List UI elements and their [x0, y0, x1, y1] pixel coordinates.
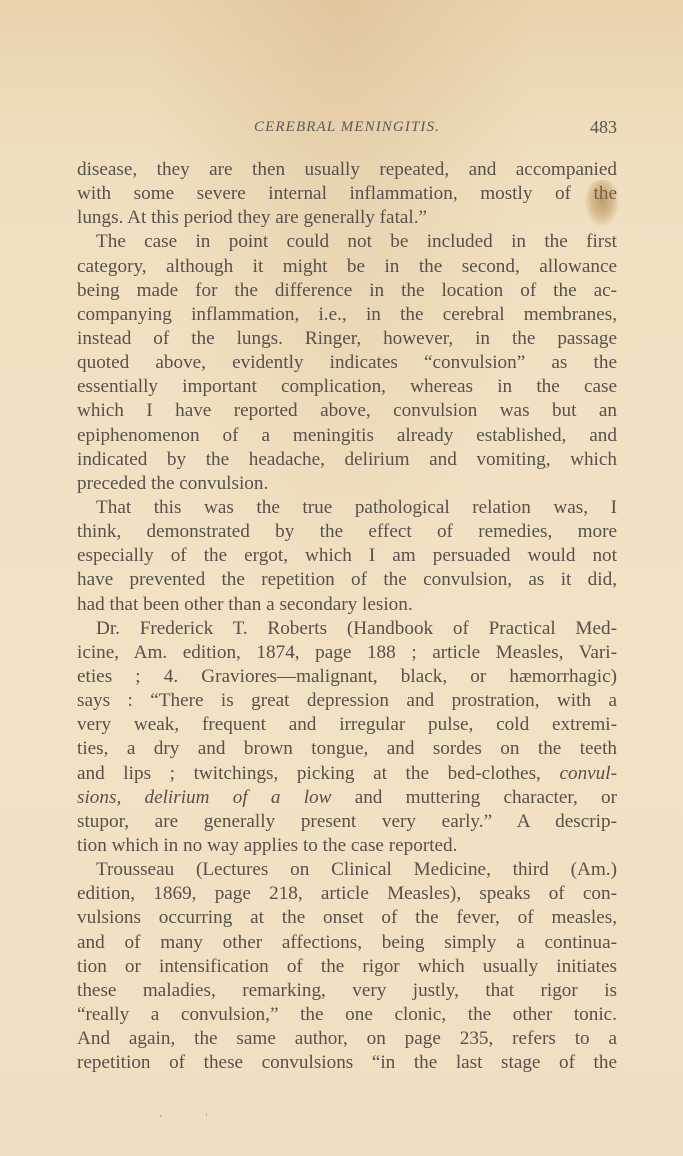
text-line: and lips ; twitchings, picking at the be… [77, 762, 617, 786]
line-text: edition, 1869, page 218, article Measles… [77, 883, 617, 904]
text-line: edition, 1869, page 218, article Measles… [77, 882, 617, 906]
line-text: had that been other than a secondary les… [77, 594, 413, 615]
text-line: lungs. At this period they are generally… [77, 206, 617, 230]
line-text: tion which in no way applies to the case… [77, 835, 457, 856]
line-text: quoted above, evidently indicates “convu… [77, 352, 617, 373]
running-head: CEREBRAL MENINGITIS. 483 [77, 117, 617, 141]
text-line: instead of the lungs. Ringer, however, i… [77, 327, 617, 351]
line-text: category, although it might be in the se… [77, 256, 617, 277]
text-line: sions, delirium of a low and muttering c… [77, 786, 617, 810]
line-text: epiphenomenon of a meningitis already es… [77, 425, 617, 446]
line-text: instead of the lungs. Ringer, however, i… [77, 328, 617, 349]
text-line: have prevented the repetition of the con… [77, 568, 617, 592]
line-text: very weak, frequent and irregular pulse,… [77, 714, 617, 735]
line-text: have prevented the repetition of the con… [77, 569, 617, 590]
text-line: being made for the difference in the loc… [77, 279, 617, 303]
line-text: And again, the same author, on page 235,… [77, 1028, 617, 1049]
line-text: Dr. Frederick T. Roberts (Handbook of Pr… [96, 618, 617, 639]
line-text: repetition of these convulsions “in the … [77, 1052, 617, 1073]
text-line: with some severe internal inflammation, … [77, 182, 617, 206]
line-text: think, demonstrated by the effect of rem… [77, 521, 617, 542]
text-line: especially of the ergot, which I am pers… [77, 544, 617, 568]
text-line: The case in point could not be included … [77, 230, 617, 254]
line-text: ties, a dry and brown tongue, and sordes… [77, 738, 617, 759]
line-text: being made for the difference in the loc… [77, 280, 617, 301]
line-text: especially of the ergot, which I am pers… [77, 545, 617, 566]
text-line: eties ; 4. Graviores—malignant, black, o… [77, 665, 617, 689]
line-text: essentially important complication, wher… [77, 376, 617, 397]
text-line: “really a convulsion,” the one clonic, t… [77, 1003, 617, 1027]
text-line: these maladies, remarking, very justly, … [77, 979, 617, 1003]
text-line: disease, they are then usually repeated,… [77, 158, 617, 182]
line-text: Trousseau (Lectures on Clinical Medicine… [96, 859, 617, 880]
text-line: think, demonstrated by the effect of rem… [77, 520, 617, 544]
paper-speck [206, 1113, 207, 1116]
text-line: preceded the convulsion. [77, 472, 617, 496]
italic-text: sions, delirium of a low [77, 787, 331, 808]
body-text: disease, they are then usually repeated,… [77, 158, 617, 1075]
text-line: tion or intensification of the rigor whi… [77, 955, 617, 979]
line-text: and of many other affections, being simp… [77, 932, 617, 953]
text-line: repetition of these convulsions “in the … [77, 1051, 617, 1075]
line-text: The case in point could not be included … [96, 231, 617, 252]
page-number: 483 [590, 117, 617, 138]
italic-text: convul- [559, 763, 617, 784]
line-text: eties ; 4. Graviores—malignant, black, o… [77, 666, 617, 687]
line-text: these maladies, remarking, very justly, … [77, 980, 617, 1001]
line-text: tion or intensification of the rigor whi… [77, 956, 617, 977]
text-line: which I have reported above, convulsion … [77, 399, 617, 423]
line-text: stupor, are generally present very early… [77, 811, 617, 832]
text-line: Trousseau (Lectures on Clinical Medicine… [77, 858, 617, 882]
line-text: says : “There is great depression and pr… [77, 690, 617, 711]
line-text: lungs. At this period they are generally… [77, 207, 427, 228]
text-line: indicated by the headache, delirium and … [77, 448, 617, 472]
text-line: icine, Am. edition, 1874, page 188 ; art… [77, 641, 617, 665]
text-line: had that been other than a secondary les… [77, 593, 617, 617]
text-line: tion which in no way applies to the case… [77, 834, 617, 858]
paper-speck [160, 1115, 162, 1117]
text-line: essentially important complication, wher… [77, 375, 617, 399]
line-text: preceded the convulsion. [77, 473, 268, 494]
text-line: And again, the same author, on page 235,… [77, 1027, 617, 1051]
text-line: epiphenomenon of a meningitis already es… [77, 424, 617, 448]
line-text: with some severe internal inflammation, … [77, 183, 617, 204]
line-text: vulsions occurring at the onset of the f… [77, 907, 617, 928]
line-text: indicated by the headache, delirium and … [77, 449, 617, 470]
text-line: stupor, are generally present very early… [77, 810, 617, 834]
text-line: That this was the true pathological rela… [77, 496, 617, 520]
line-text: disease, they are then usually repeated,… [77, 159, 617, 180]
text-line: vulsions occurring at the onset of the f… [77, 906, 617, 930]
line-text: companying inflammation, i.e., in the ce… [77, 304, 617, 325]
running-title: CEREBRAL MENINGITIS. [77, 119, 617, 136]
book-page: CEREBRAL MENINGITIS. 483 disease, they a… [0, 0, 683, 1156]
line-text: and muttering character, or [331, 787, 617, 808]
text-line: ties, a dry and brown tongue, and sordes… [77, 737, 617, 761]
line-text: and lips ; twitchings, picking at the be… [77, 763, 559, 784]
text-line: quoted above, evidently indicates “convu… [77, 351, 617, 375]
line-text: That this was the true pathological rela… [96, 497, 617, 518]
line-text: which I have reported above, convulsion … [77, 400, 617, 421]
text-line: and of many other affections, being simp… [77, 931, 617, 955]
text-line: says : “There is great depression and pr… [77, 689, 617, 713]
line-text: “really a convulsion,” the one clonic, t… [77, 1004, 617, 1025]
text-line: Dr. Frederick T. Roberts (Handbook of Pr… [77, 617, 617, 641]
text-line: very weak, frequent and irregular pulse,… [77, 713, 617, 737]
text-line: category, although it might be in the se… [77, 255, 617, 279]
line-text: icine, Am. edition, 1874, page 188 ; art… [77, 642, 617, 663]
text-line: companying inflammation, i.e., in the ce… [77, 303, 617, 327]
